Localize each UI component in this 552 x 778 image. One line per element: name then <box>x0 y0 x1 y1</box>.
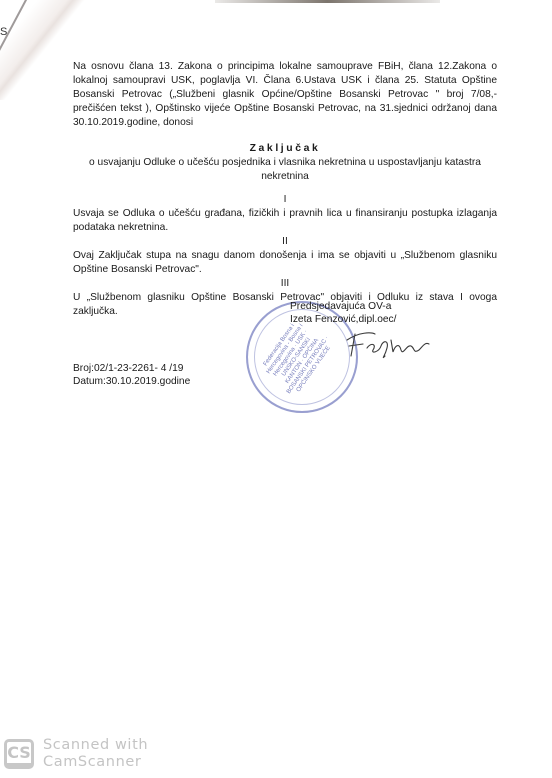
top-edge-shadow <box>215 0 440 3</box>
document-subtitle: o usvajanju Odluke o učešću posjednika i… <box>85 156 485 184</box>
watermark-text: Scanned with CamScanner <box>43 737 148 771</box>
preamble: Na osnovu člana 13. Zakona o principima … <box>73 60 497 130</box>
signatory-name: Izeta Fenzović,dipl.oec/ <box>290 313 396 326</box>
document-title: Zaključak <box>73 142 497 156</box>
signature-area: Federacija Bosna i Hercegovina - Bosna i… <box>246 296 516 406</box>
edge-mark: S <box>0 26 7 38</box>
section-number-2: II <box>73 235 497 249</box>
title-block: Zaključak o usvajanju Odluke o učešću po… <box>73 142 497 184</box>
watermark-line-1: Scanned with <box>43 737 148 754</box>
section-text-1: Usvaja se Odluka o učešću građana, fizič… <box>73 207 497 235</box>
camscanner-logo-icon: CS <box>4 739 34 769</box>
camscanner-watermark: CS Scanned with CamScanner <box>4 737 148 771</box>
reference-date: Datum:30.10.2019.godine <box>73 375 190 388</box>
document-body: Na osnovu člana 13. Zakona o principima … <box>73 60 497 319</box>
page-fold-line <box>0 0 30 83</box>
stamp-text: Federacija Bosna i Hercegovina - Bosna i… <box>257 315 337 400</box>
reference-block: Broj:02/1-23-2261- 4 /19 Datum:30.10.201… <box>73 362 190 388</box>
handwritten-signature-icon <box>341 326 431 362</box>
section-number-3: III <box>73 277 497 291</box>
section-number-1: I <box>73 193 497 207</box>
watermark-line-2: CamScanner <box>43 754 148 771</box>
reference-number: Broj:02/1-23-2261- 4 /19 <box>73 362 190 375</box>
section-text-2: Ovaj Zaključak stupa na snagu danom dono… <box>73 249 497 277</box>
signatory-block: Predsjedavajuća OV-a Izeta Fenzović,dipl… <box>290 300 396 326</box>
signatory-role: Predsjedavajuća OV-a <box>290 300 396 313</box>
